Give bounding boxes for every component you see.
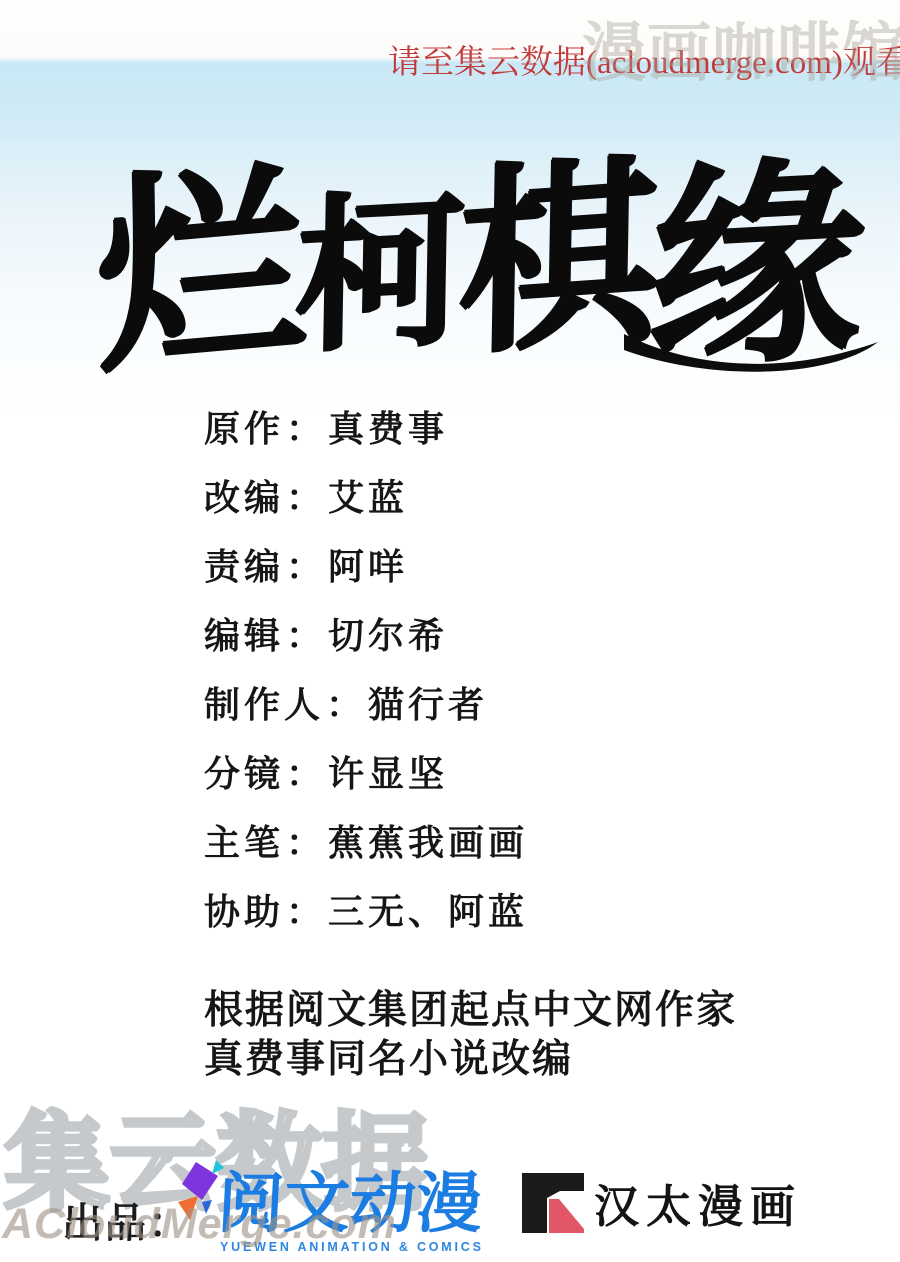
credit-row: 制作人：猫行者 <box>204 668 528 737</box>
credit-row: 主笔：蕉蕉我画画 <box>204 806 528 875</box>
credit-role: 编辑 <box>204 608 284 659</box>
credit-colon: ： <box>284 815 328 866</box>
credit-name: 阿咩 <box>328 539 408 590</box>
credit-colon: ： <box>284 884 328 935</box>
credit-row: 原作：真费事 <box>204 392 528 461</box>
credit-role: 责编 <box>204 539 284 590</box>
credit-colon: ： <box>284 470 328 521</box>
adaptation-note-line-2: 真费事同名小说改编 <box>204 1035 737 1084</box>
credit-colon: ： <box>324 677 368 728</box>
credit-row: 责编：阿咩 <box>204 530 528 599</box>
credit-role: 分镜 <box>204 746 284 797</box>
credit-role: 主笔 <box>204 815 284 866</box>
credit-name: 三无、阿蓝 <box>328 884 528 935</box>
title-char: 棋 <box>456 152 659 367</box>
bottom-watermark-url: ACloudMerge.com <box>2 1200 397 1249</box>
credit-colon: ： <box>284 539 328 590</box>
credit-colon: ： <box>284 401 328 452</box>
adaptation-note: 根据阅文集团起点中文网作家 真费事同名小说改编 <box>204 986 737 1084</box>
credit-role: 原作 <box>204 401 284 452</box>
credit-row: 协助：三无、阿蓝 <box>204 875 528 944</box>
credit-role: 协助 <box>204 884 284 935</box>
credit-name: 艾蓝 <box>328 470 408 521</box>
credit-colon: ： <box>284 608 328 659</box>
credit-row: 分镜：许显坚 <box>204 737 528 806</box>
hantai-logo: 汉太漫画 <box>522 1170 802 1235</box>
credit-colon: ： <box>284 746 328 797</box>
top-right-watermark: 漫画咖啡馆 <box>582 2 900 94</box>
credit-name: 真费事 <box>328 401 448 452</box>
title-char: 烂 <box>95 158 306 385</box>
title-char: 缘 <box>644 154 869 380</box>
series-title-calligraphy: 烂 柯 棋 缘 <box>96 126 892 388</box>
title-char: 柯 <box>294 184 465 361</box>
comic-credits-page: 漫画咖啡馆 请至集云数据(acloudmerge.com)观看 烂 柯 棋 缘 … <box>0 0 900 1262</box>
credit-name: 猫行者 <box>368 677 488 728</box>
credit-row: 编辑：切尔希 <box>204 599 528 668</box>
hantai-wordmark: 汉太漫画 <box>594 1170 802 1235</box>
credit-name: 许显坚 <box>328 746 448 797</box>
credit-name: 切尔希 <box>328 608 448 659</box>
adaptation-note-line-1: 根据阅文集团起点中文网作家 <box>204 986 737 1035</box>
credits-list: 原作：真费事 改编：艾蓝 责编：阿咩 编辑：切尔希 制作人：猫行者 分镜：许显坚… <box>204 392 528 944</box>
hantai-corner-icon <box>522 1173 584 1233</box>
credit-role: 改编 <box>204 470 284 521</box>
credit-row: 改编：艾蓝 <box>204 461 528 530</box>
credit-name: 蕉蕉我画画 <box>328 815 528 866</box>
credit-role: 制作人 <box>204 677 324 728</box>
